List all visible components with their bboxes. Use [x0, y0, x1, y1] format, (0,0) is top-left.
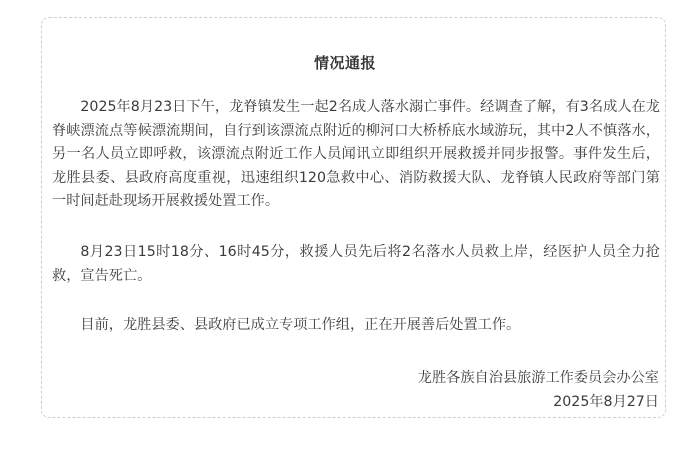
notice-signature: 龙胜各族自治县旅游工作委员会办公室 2025年8月27日	[418, 366, 659, 414]
notice-paragraph-incident: 2025年8月23日下午，龙脊镇发生一起2名成人落水溺亡事件。经调查了解，有3名…	[52, 96, 660, 214]
issuer-name: 龙胜各族自治县旅游工作委员会办公室	[418, 366, 659, 390]
notice-paragraph-rescue: 8月23日15时18分、16时45分，救援人员先后将2名落水人员救上岸，经医护人…	[52, 241, 660, 288]
notice-paragraph-followup: 目前，龙胜县委、县政府已成立专项工作组，正在开展善后处置工作。	[52, 314, 660, 338]
issue-date: 2025年8月27日	[418, 390, 659, 414]
notice-frame	[41, 17, 666, 418]
notice-title: 情况通报	[0, 52, 690, 73]
